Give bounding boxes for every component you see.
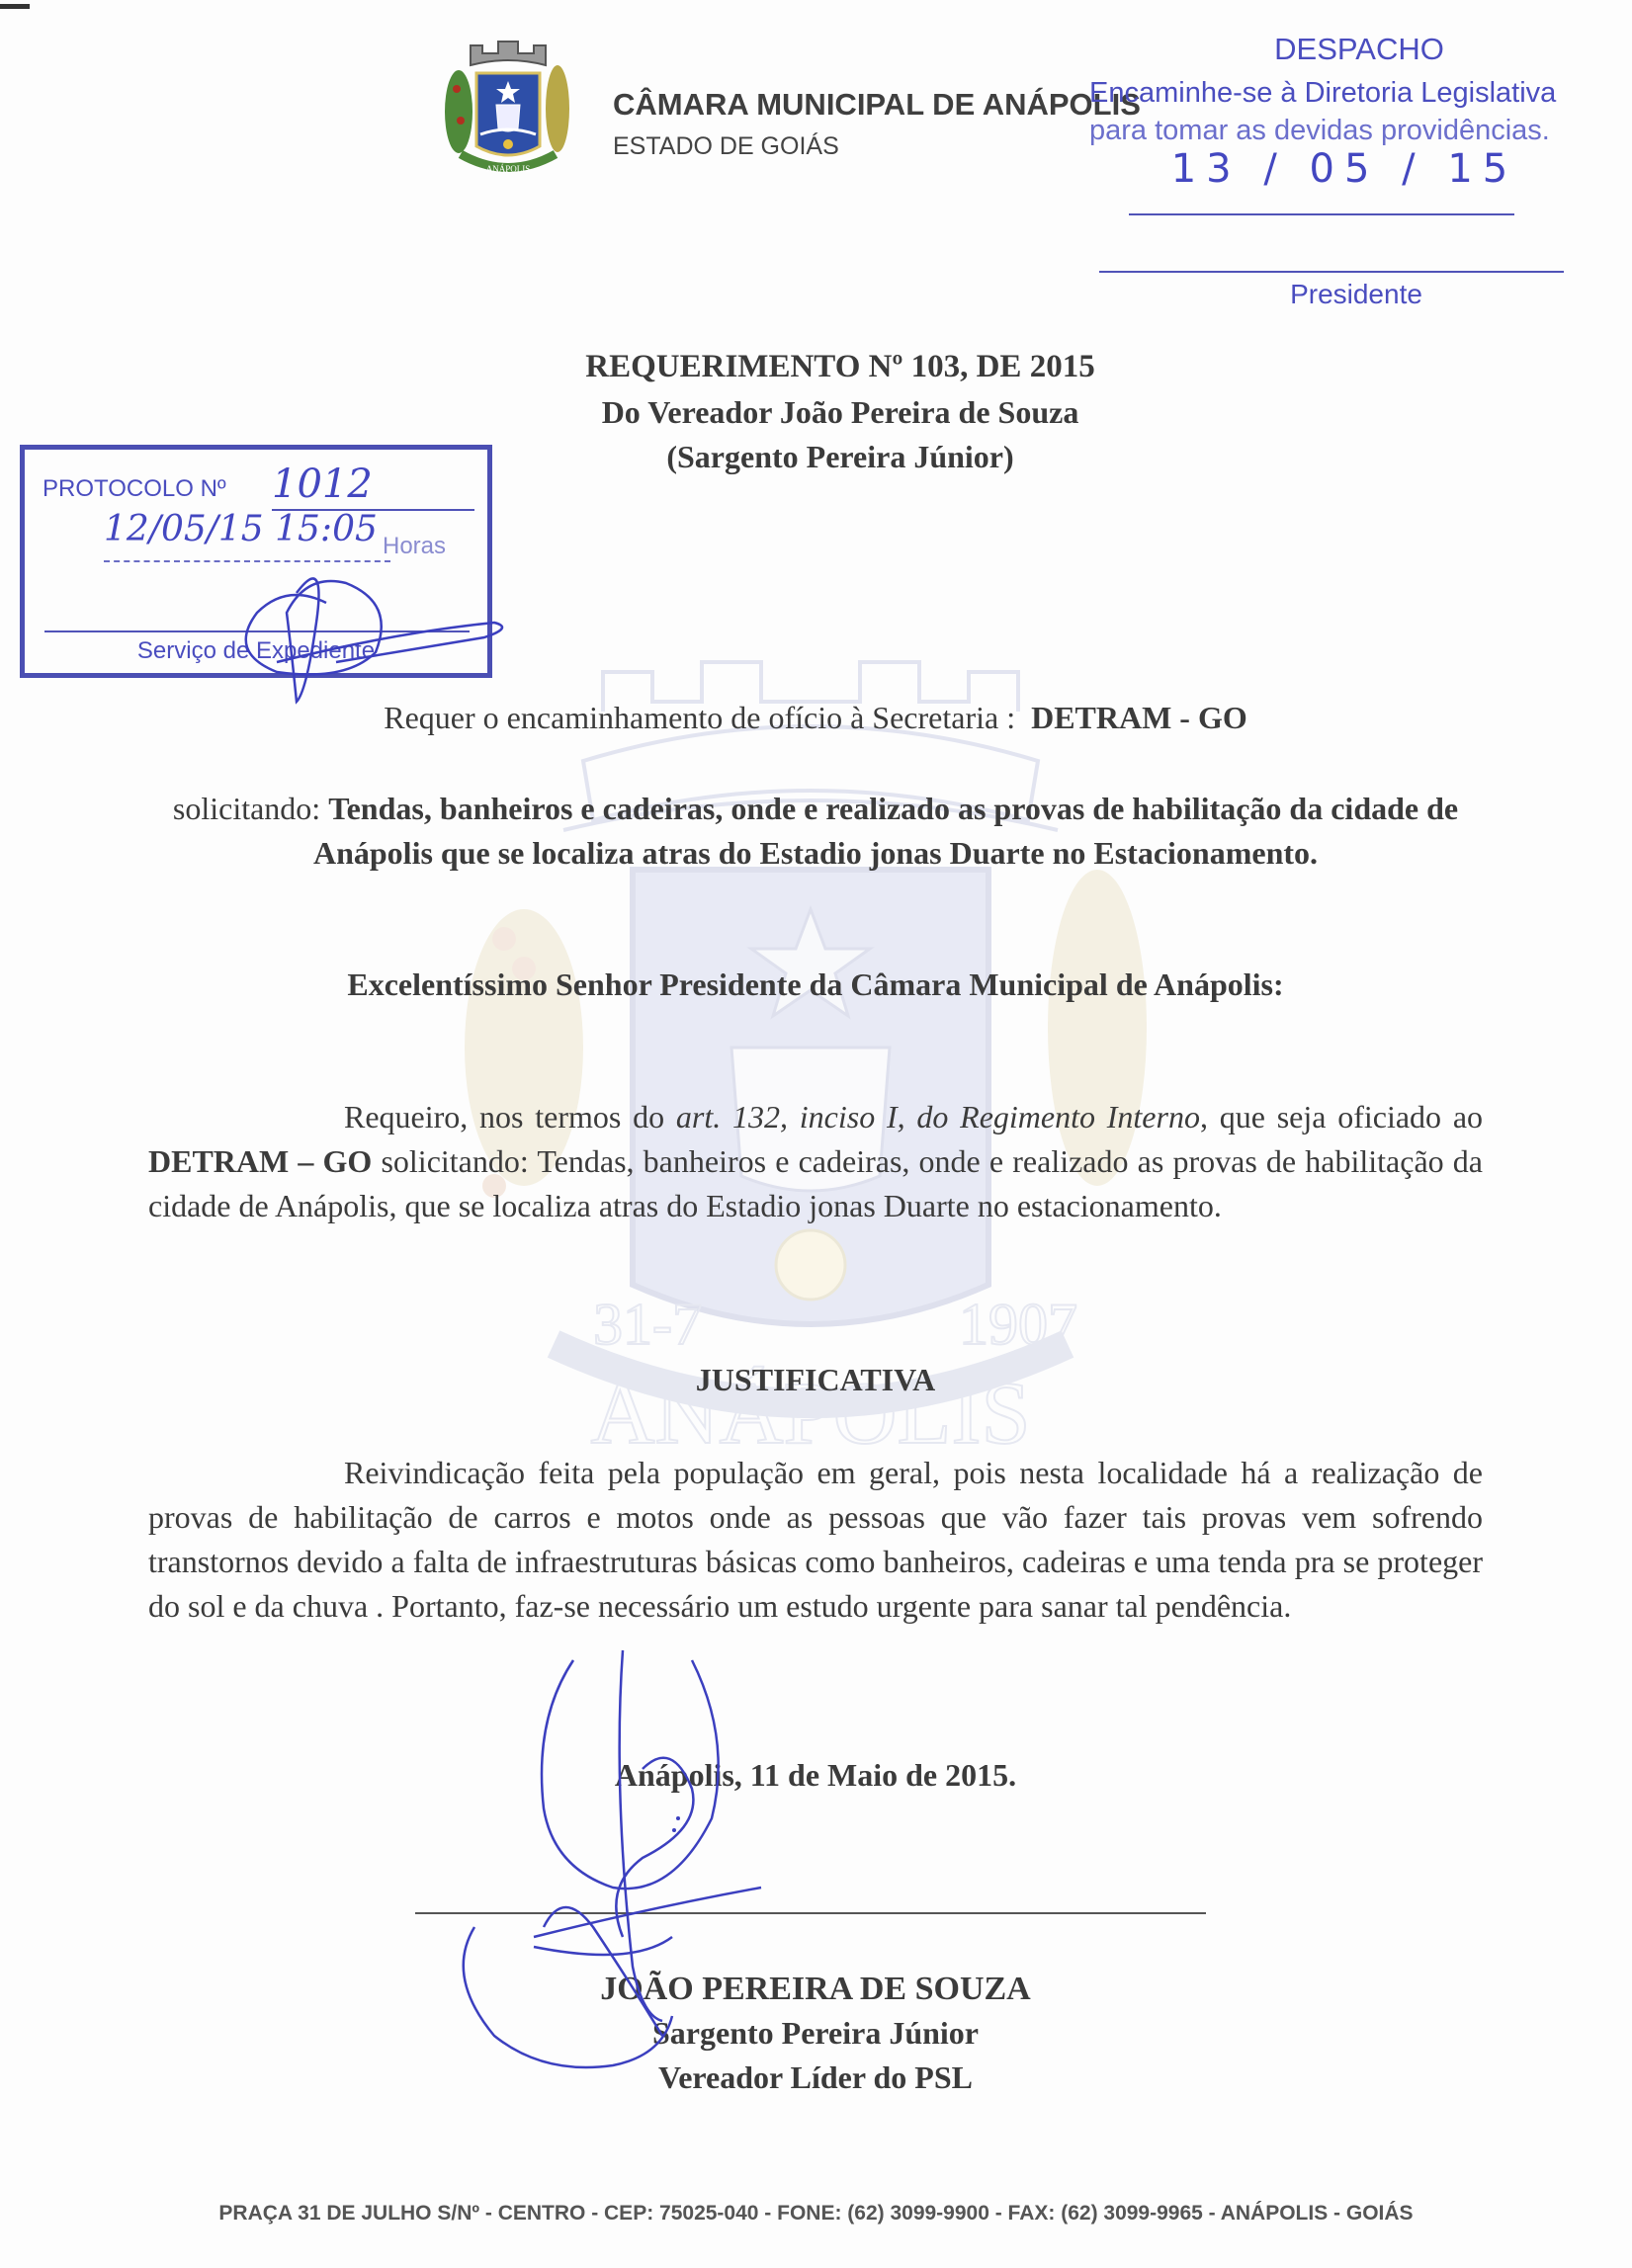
svg-text:31-7: 31-7 bbox=[593, 1292, 702, 1357]
scan-corner-mark bbox=[0, 4, 30, 9]
despacho-stamp: DESPACHO Encaminhe-se à Diretoria Legisl… bbox=[1087, 30, 1601, 326]
salutation: Excelentíssimo Senhor Presidente da Câma… bbox=[148, 966, 1483, 1003]
protocol-datetime: 12/05/15 15:05 bbox=[104, 509, 378, 549]
request-subject-text: Tendas, banheiros e cadeiras, onde e rea… bbox=[313, 791, 1458, 871]
document-title: REQUERIMENTO Nº 103, DE 2015 bbox=[297, 344, 1384, 390]
document-author: Do Vereador João Pereira de Souza bbox=[297, 390, 1384, 435]
footer-address: PRAÇA 31 DE JULHO S/Nº - CENTRO - CEP: 7… bbox=[0, 2202, 1632, 2226]
para1-legal-reference: art. 132, inciso I, do Regimento Interno bbox=[676, 1099, 1200, 1134]
protocol-signature-icon bbox=[198, 553, 514, 712]
protocol-number: 1012 bbox=[272, 462, 373, 507]
request-subject-prefix: solicitando: bbox=[173, 791, 320, 826]
svg-text:ANÁPOLIS: ANÁPOLIS bbox=[486, 164, 531, 174]
coat-of-arms-icon: ANÁPOLIS bbox=[441, 38, 575, 186]
request-subject: solicitando: Tendas, banheiros e cadeira… bbox=[148, 787, 1483, 876]
despacho-date-line bbox=[1129, 213, 1514, 215]
despacho-date: 13 / 05 / 15 bbox=[1147, 146, 1542, 192]
org-name: CÂMARA MUNICIPAL DE ANÁPOLIS bbox=[613, 87, 1141, 123]
despacho-signature-line bbox=[1099, 271, 1564, 273]
despacho-line-1: Encaminhe-se à Diretoria Legislativa bbox=[1089, 77, 1556, 110]
request-target: DETRAM - GO bbox=[1031, 700, 1247, 735]
despacho-title: DESPACHO bbox=[1087, 32, 1601, 67]
justification-title: JUSTIFICATIVA bbox=[148, 1362, 1483, 1398]
watermark-coat-of-arms-icon: ANÁPOLIS 31-7 1907 bbox=[435, 652, 1186, 1463]
request-paragraph: Requeiro, nos termos do art. 132, inciso… bbox=[148, 1095, 1483, 1228]
org-state: ESTADO DE GOIÁS bbox=[613, 132, 839, 161]
signature-icon bbox=[435, 1640, 929, 2085]
para1-text-a: Requeiro, nos termos do bbox=[344, 1099, 676, 1134]
svg-text:1907: 1907 bbox=[959, 1292, 1077, 1357]
para1-text-b: , que seja oficiado ao bbox=[1200, 1099, 1483, 1134]
despacho-line-2: para tomar as devidas providências. bbox=[1089, 115, 1550, 147]
justification-text: Reivindicação feita pela população em ge… bbox=[148, 1455, 1483, 1624]
para1-target: DETRAM – GO bbox=[148, 1143, 372, 1179]
protocol-label: PROTOCOLO Nº bbox=[43, 475, 226, 503]
request-prefix: Requer o encaminhamento de ofício à Secr… bbox=[384, 700, 1015, 735]
request-line: Requer o encaminhamento de ofício à Secr… bbox=[148, 700, 1483, 736]
justification-paragraph: Reivindicação feita pela população em ge… bbox=[148, 1451, 1483, 1629]
despacho-signer-label: Presidente bbox=[1087, 279, 1601, 310]
